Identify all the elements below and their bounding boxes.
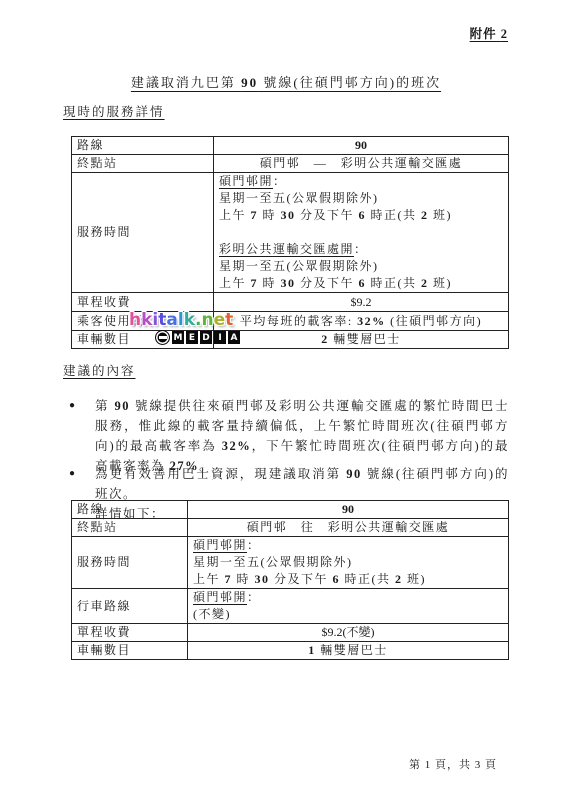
table-row-service-hours: 服務時間 碩門邨開： 星期一至五(公眾假期除外) 上午 7 時 30 分及下午 …	[72, 173, 509, 293]
attachment-prefix: 附件	[470, 27, 501, 41]
media-letter-box: D	[200, 331, 212, 344]
section-heading-proposal: 建議的內容	[63, 361, 136, 379]
hours-days-1: 星期一至五(公眾假期除外)	[219, 190, 503, 207]
hkitalk-watermark: hkitalk.net	[129, 310, 233, 330]
page-title: 建議取消九巴第 90 號線(往碩門邨方向)的班次	[63, 72, 509, 91]
watermark-letter: e	[214, 310, 226, 330]
hours-times-1: 上午 7 時 30 分及下午 6 時正(共 2 班)	[219, 207, 503, 224]
media-letter-box: M	[172, 331, 184, 344]
hours-times: 上午 7 時 30 分及下午 6 時正(共 2 班)	[193, 571, 503, 588]
watermark-letter: h	[129, 310, 141, 330]
terminus-label: 終點站	[72, 519, 188, 537]
routing-unchanged: (不變)	[193, 606, 503, 623]
table-row-fleet: 車輛數目 1 輛雙層巴士	[72, 642, 509, 660]
service-hours-value: 碩門邨開： 星期一至五(公眾假期除外) 上午 7 時 30 分及下午 6 時正(…	[188, 537, 509, 589]
route-label: 路線	[72, 137, 214, 155]
proposed-service-table: 路線 90 終點站 碩門邨 往 彩明公共運輸交匯處 服務時間 碩門邨開： 星期一…	[71, 500, 509, 660]
table-row-fare: 單程收費 $9.2	[72, 293, 509, 312]
bullet-icon: ●	[69, 396, 77, 416]
media-logo-icon	[155, 330, 170, 345]
fleet-label: 車輛數目	[72, 642, 188, 660]
routing-from: 碩門邨開：	[193, 589, 503, 606]
routing-label: 行車路線	[72, 589, 188, 624]
watermark-letter: k	[184, 310, 195, 330]
table-row-route: 路線 90	[72, 501, 509, 519]
table-row-routing: 行車路線 碩門邨開： (不變)	[72, 589, 509, 624]
fare-value: $9.2	[214, 293, 509, 312]
fleet-value: 1 輛雙層巴士	[188, 642, 509, 660]
terminus-value: 碩門邨 往 彩明公共運輸交匯處	[188, 519, 509, 537]
section-heading-current-service: 現時的服務詳情	[63, 102, 165, 120]
service-hours-value: 碩門邨開： 星期一至五(公眾假期除外) 上午 7 時 30 分及下午 6 時正(…	[214, 173, 509, 293]
watermark-letter: t	[225, 310, 233, 330]
table-row-service-hours: 服務時間 碩門邨開： 星期一至五(公眾假期除外) 上午 7 時 30 分及下午 …	[72, 537, 509, 589]
patronage-value: 平均每班的載客率: 32% (往碩門邨方向)	[214, 312, 509, 331]
document-page: 附件 2 建議取消九巴第 90 號線(往碩門邨方向)的班次 現時的服務詳情 路線…	[0, 0, 566, 800]
terminus-label: 終點站	[72, 155, 214, 173]
fare-label: 單程收費	[72, 293, 214, 312]
watermark-letter: n	[201, 310, 213, 330]
table-row-fleet: 車輛數目 2 輛雙層巴士	[72, 331, 509, 349]
blank-line	[219, 224, 503, 241]
hours-days: 星期一至五(公眾假期除外)	[193, 554, 503, 571]
media-letter-box: A	[228, 331, 240, 344]
media-watermark: M E D I A	[155, 330, 240, 345]
watermark-letter: a	[166, 310, 177, 330]
table-row-fare: 單程收費 $9.2(不變)	[72, 624, 509, 642]
hours-times-2: 上午 7 時 30 分及下午 6 時正(共 2 班)	[219, 275, 503, 292]
service-hours-label: 服務時間	[72, 173, 214, 293]
table-row-route: 路線 90	[72, 137, 509, 155]
attachment-label: 附件 2	[470, 24, 508, 42]
media-letter-box: E	[186, 331, 198, 344]
media-letter-box: I	[214, 331, 226, 344]
fare-value: $9.2(不變)	[188, 624, 509, 642]
hours-from-1: 碩門邨開：	[219, 173, 503, 190]
route-value: 90	[188, 501, 509, 519]
fleet-value: 2 輛雙層巴士	[214, 331, 509, 349]
route-label: 路線	[72, 501, 188, 519]
table-row-terminus: 終點站 碩門邨 — 彩明公共運輸交匯處	[72, 155, 509, 173]
hours-from: 碩門邨開：	[193, 537, 503, 554]
routing-value: 碩門邨開： (不變)	[188, 589, 509, 624]
hours-days-2: 星期一至五(公眾假期除外)	[219, 258, 503, 275]
terminus-value: 碩門邨 — 彩明公共運輸交匯處	[214, 155, 509, 173]
hours-from-2: 彩明公共運輸交匯處開：	[219, 241, 503, 258]
attachment-number: 2	[501, 27, 508, 41]
page-number: 第 1 頁，共 3 頁	[409, 756, 497, 772]
table-row-terminus: 終點站 碩門邨 往 彩明公共運輸交匯處	[72, 519, 509, 537]
service-hours-label: 服務時間	[72, 537, 188, 589]
route-value: 90	[214, 137, 509, 155]
fare-label: 單程收費	[72, 624, 188, 642]
bullet-icon: ●	[69, 464, 77, 484]
watermark-letter: k	[141, 310, 152, 330]
